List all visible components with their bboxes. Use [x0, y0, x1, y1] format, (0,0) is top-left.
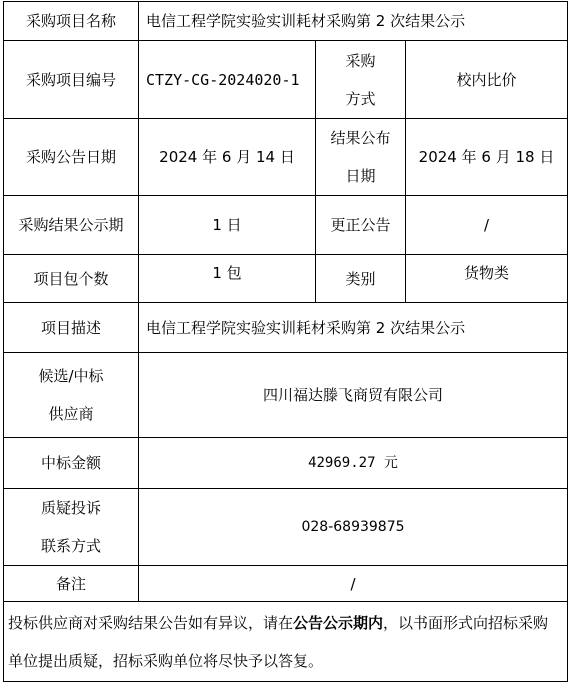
supplier-label-line1: 候选/中标 [4, 357, 138, 395]
row-project-number: 采购项目编号 CTZY-CG-2024020-1 采购 方式 校内比价 [4, 41, 568, 119]
row-remarks: 备注 / [4, 566, 568, 602]
row-notice: 投标供应商对采购结果公告如有异议，请在公告公示期内，以书面形式向招标采购单位提出… [4, 602, 568, 682]
result-date-label-line1: 结果公布 [316, 119, 405, 157]
description-value: 电信工程学院实验实训耗材采购第 2 次结果公示 [139, 303, 568, 353]
complaint-contact-label: 质疑投诉 联系方式 [4, 489, 139, 566]
complaint-contact-label-line1: 质疑投诉 [4, 489, 138, 527]
correction-label: 更正公告 [316, 196, 406, 255]
remarks-value: / [139, 566, 568, 602]
supplier-label-line2: 供应商 [4, 395, 138, 433]
project-name-label: 采购项目名称 [4, 2, 139, 41]
supplier-label: 候选/中标 供应商 [4, 353, 139, 438]
description-label: 项目描述 [4, 303, 139, 353]
project-number-label: 采购项目编号 [4, 41, 139, 119]
result-period-label: 采购结果公示期 [4, 196, 139, 255]
result-date-label: 结果公布 日期 [316, 119, 406, 196]
row-result-period: 采购结果公示期 1 日 更正公告 / [4, 196, 568, 255]
project-name-value: 电信工程学院实验实训耗材采购第 2 次结果公示 [139, 2, 568, 41]
procurement-result-table: 采购项目名称 电信工程学院实验实训耗材采购第 2 次结果公示 采购项目编号 CT… [3, 1, 568, 682]
complaint-contact-value: 028-68939875 [139, 489, 568, 566]
project-number-value: CTZY-CG-2024020-1 [139, 41, 316, 119]
result-date-value: 2024 年 6 月 18 日 [406, 119, 568, 196]
amount-label: 中标金额 [4, 438, 139, 489]
row-dates: 采购公告日期 2024 年 6 月 14 日 结果公布 日期 2024 年 6 … [4, 119, 568, 196]
purchase-method-value: 校内比价 [406, 41, 568, 119]
announce-date-value: 2024 年 6 月 14 日 [139, 119, 316, 196]
notice-text: 投标供应商对采购结果公告如有异议，请在公告公示期内，以书面形式向招标采购单位提出… [4, 602, 568, 682]
notice-text-bold: 公告公示期内 [293, 614, 383, 632]
amount-value: 42969.27 元 [139, 438, 568, 489]
purchase-method-label-line1: 采购 [316, 42, 405, 80]
supplier-value: 四川福达滕飞商贸有限公司 [139, 353, 568, 438]
remarks-label: 备注 [4, 566, 139, 602]
row-project-name: 采购项目名称 电信工程学院实验实训耗材采购第 2 次结果公示 [4, 2, 568, 41]
package-count-value: 1 包 [139, 255, 316, 303]
announce-date-label: 采购公告日期 [4, 119, 139, 196]
row-description: 项目描述 电信工程学院实验实训耗材采购第 2 次结果公示 [4, 303, 568, 353]
row-package-count: 项目包个数 1 包 类别 货物类 [4, 255, 568, 303]
correction-value: / [406, 196, 568, 255]
result-date-label-line2: 日期 [316, 157, 405, 195]
result-period-value: 1 日 [139, 196, 316, 255]
row-amount: 中标金额 42969.27 元 [4, 438, 568, 489]
row-complaint-contact: 质疑投诉 联系方式 028-68939875 [4, 489, 568, 566]
purchase-method-label: 采购 方式 [316, 41, 406, 119]
row-supplier: 候选/中标 供应商 四川福达滕飞商贸有限公司 [4, 353, 568, 438]
package-count-label: 项目包个数 [4, 255, 139, 303]
category-label: 类别 [316, 255, 406, 303]
notice-text-before: 投标供应商对采购结果公告如有异议，请在 [8, 614, 293, 632]
complaint-contact-label-line2: 联系方式 [4, 527, 138, 565]
purchase-method-label-line2: 方式 [316, 80, 405, 118]
category-value: 货物类 [406, 255, 568, 303]
